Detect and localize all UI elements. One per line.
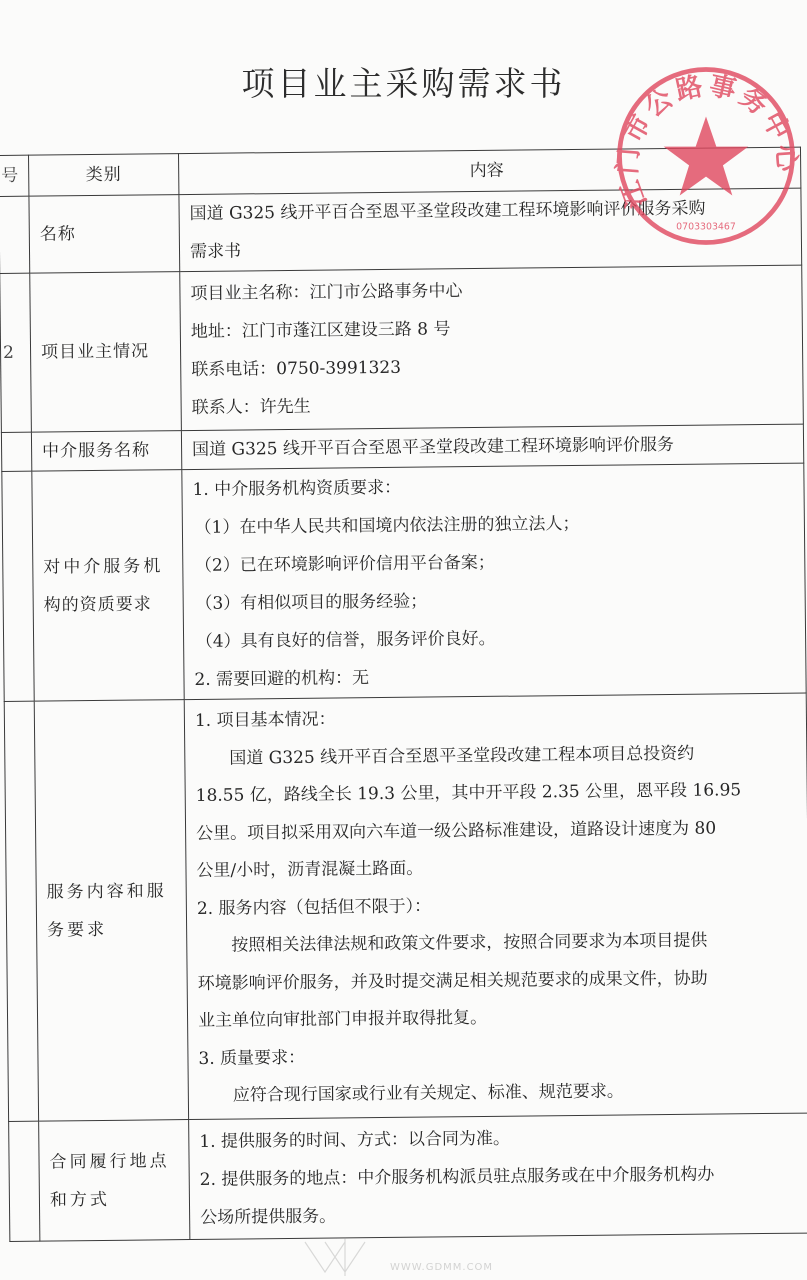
content-line: （2）已在环境影响评价信用平台备案； xyxy=(193,540,798,584)
site-watermark: WWW.GDMM.COM xyxy=(300,1232,520,1280)
content-line: 需求书 xyxy=(190,227,795,271)
content-line: 2. 提供服务的地点：中介服务机构派员驻点服务或在中介服务机构办 xyxy=(200,1154,805,1198)
content-line: 应符合现行国家或行业有关规定、标准、规范要求。 xyxy=(199,1072,804,1116)
document-title: 项目业主采购需求书 xyxy=(0,58,807,105)
content-line: （3）有相似项目的服务经验； xyxy=(194,578,799,622)
table-row-service-content: 服务内容和服 务要求 1. 项目基本情况： 国道 G325 线开平百合至恩平圣堂… xyxy=(4,693,807,1121)
owner-address: 地址：江门市蓬江区建设三路 8 号 xyxy=(191,307,796,351)
row-content: 1. 提供服务的时间、方式：以合同为准。 2. 提供服务的地点：中介服务机构派员… xyxy=(189,1113,807,1240)
row-number xyxy=(9,1121,40,1241)
content-line: 1. 提供服务的时间、方式：以合同为准。 xyxy=(199,1116,804,1160)
row-category: 名称 xyxy=(29,195,180,274)
content-line: （1）在中华人民共和国境内依法注册的独立法人； xyxy=(193,502,798,546)
content-line: 2. 需要回避的机构：无 xyxy=(194,654,799,698)
content-line: 国道 G325 线开平百合至恩平圣堂段改建工程环境影响评价服务 xyxy=(192,425,797,469)
content-line: 公里/小时，沥青混凝土路面。 xyxy=(196,847,801,891)
content-line: 环境影响评价服务，并及时提交满足相关规范要求的成果文件，协助 xyxy=(198,959,803,1003)
content-line: 1. 项目基本情况： xyxy=(195,697,800,741)
row-category: 服务内容和服 务要求 xyxy=(34,700,188,1122)
owner-name: 项目业主名称：江门市公路事务中心 xyxy=(190,269,795,313)
content-line: 1. 中介服务机构资质要求： xyxy=(192,464,797,508)
content-line: （4）具有良好的信誉，服务评价良好。 xyxy=(194,616,799,660)
header-category: 类别 xyxy=(29,154,179,197)
content-line: 国道 G325 线开平百合至恩平圣堂段改建工程环境影响评价服务采购 xyxy=(189,189,794,233)
row-number xyxy=(0,196,30,273)
row-category: 对中介服务机 构的资质要求 xyxy=(32,470,184,702)
watermark-url: WWW.GDMM.COM xyxy=(390,1262,493,1273)
table-row-contract-performance: 合同履行地点 和方式 1. 提供服务的时间、方式：以合同为准。 2. 提供服务的… xyxy=(9,1113,807,1241)
row-content: 国道 G325 线开平百合至恩平圣堂段改建工程环境影响评价服务采购 需求书 xyxy=(179,188,802,272)
owner-contact: 联系人：许先生 xyxy=(191,383,796,427)
watermark-logo-icon xyxy=(300,1232,390,1278)
row-category: 合同履行地点 和方式 xyxy=(39,1120,190,1242)
content-line: 公场所提供服务。 xyxy=(200,1192,805,1236)
row-content: 国道 G325 线开平百合至恩平圣堂段改建工程环境影响评价服务 xyxy=(181,424,803,470)
content-line: 业主单位向审批部门申报并取得批复。 xyxy=(198,997,803,1041)
requirements-table: 号 类别 内容 名称 国道 G325 线开平百合至恩平圣堂段改建工程环境影响评价… xyxy=(0,147,807,1242)
row-content: 1. 中介服务机构资质要求： （1）在中华人民共和国境内依法注册的独立法人； （… xyxy=(182,463,806,700)
header-content: 内容 xyxy=(178,147,800,195)
table-row-owner-info: 2 项目业主情况 项目业主名称：江门市公路事务中心 地址：江门市蓬江区建设三路 … xyxy=(0,265,803,432)
row-number xyxy=(4,701,38,1121)
row-content: 项目业主名称：江门市公路事务中心 地址：江门市蓬江区建设三路 8 号 联系电话：… xyxy=(180,265,804,431)
table-row-qualifications: 对中介服务机 构的资质要求 1. 中介服务机构资质要求： （1）在中华人民共和国… xyxy=(2,463,806,701)
content-line: 按照相关法律法规和政策文件要求，按照合同要求为本项目提供 xyxy=(197,922,802,966)
row-category: 项目业主情况 xyxy=(30,272,182,433)
row-number xyxy=(2,471,34,701)
content-line: 国道 G325 线开平百合至恩平圣堂段改建工程本项目总投资约 xyxy=(195,734,800,778)
content-line: 公里。项目拟采用双向六车道一级公路标准建设，道路设计速度为 80 xyxy=(196,809,801,853)
content-line: 18.55 亿，路线全长 19.3 公里，其中开平段 2.35 公里，恩平段 1… xyxy=(196,772,801,816)
owner-phone: 联系电话：0750-3991323 xyxy=(191,345,796,389)
header-serial-number: 号 xyxy=(0,155,29,196)
table-row-name: 名称 国道 G325 线开平百合至恩平圣堂段改建工程环境影响评价服务采购 需求书 xyxy=(0,188,802,273)
content-line: 2. 服务内容（包括但不限于）： xyxy=(197,884,802,928)
row-category: 中介服务名称 xyxy=(31,431,181,472)
content-line: 3. 质量要求： xyxy=(198,1034,803,1078)
row-content: 1. 项目基本情况： 国道 G325 线开平百合至恩平圣堂段改建工程本项目总投资… xyxy=(184,693,807,1119)
row-number xyxy=(1,432,31,471)
row-number: 2 xyxy=(0,273,31,432)
